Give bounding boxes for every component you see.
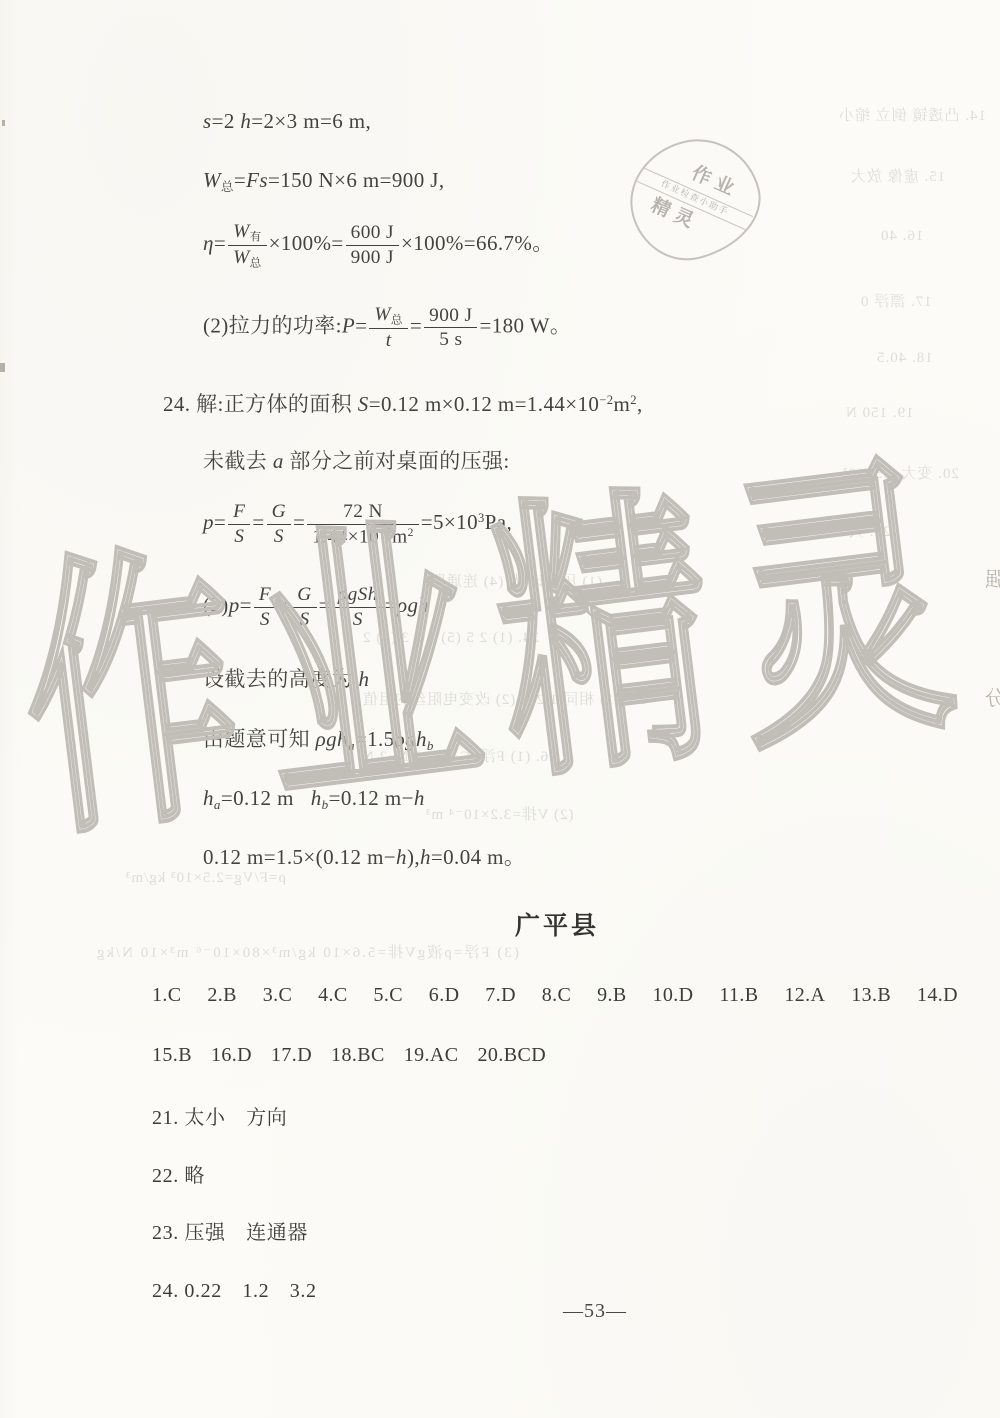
answer-item: 13.B xyxy=(851,984,891,1007)
formula-segment: =180 W。 xyxy=(479,313,571,337)
fraction: W总t xyxy=(369,304,407,351)
fraction: 600 J900 J xyxy=(346,222,399,268)
answers-row-1: 1.C2.B3.C4.C5.C6.D7.D8.C9.B10.D11.B12.A1… xyxy=(152,984,958,1007)
formula-segment: b xyxy=(427,738,434,753)
solution-line: s=2 h=2×3 m=6 m, xyxy=(203,108,371,134)
formula-segment: s xyxy=(203,109,212,133)
formula-segment: p xyxy=(203,510,214,534)
bleedthrough-text: (3) F浮=ρ液gV排=5.6×10 kg/m³×80×10⁻⁶ m³×10 … xyxy=(95,941,519,962)
bleedthrough-edge-fragment: 强 xyxy=(984,563,1000,592)
bleedthrough-text: 17. 漂浮 0 xyxy=(860,290,932,311)
fraction: GS xyxy=(267,501,291,547)
formula-segment: 600 J xyxy=(351,222,394,243)
formula-segment: = xyxy=(293,510,305,534)
scan-edge-mark xyxy=(2,120,5,126)
formula-segment: ), xyxy=(407,845,420,869)
formula-segment: W xyxy=(233,221,250,242)
solution-line: η=W有W总×100%=600 J900 J×100%=66.7%。 xyxy=(203,221,554,269)
formula-segment: a xyxy=(348,738,355,753)
bleedthrough-text: (1) 压强计 大 (4) 连通器 xyxy=(430,570,602,591)
formula-segment: h xyxy=(358,667,369,691)
formula-segment: 900 J xyxy=(429,305,472,326)
bleedthrough-text: 25. (1) 相同 1.2 A (2) 改变电阻丝的阻值 xyxy=(362,688,646,709)
bleedthrough-edge-fragment: 分 xyxy=(984,682,1000,711)
formula-segment: m xyxy=(392,526,407,547)
bleedthrough-text: 20. 变大 2.5×10³ xyxy=(842,462,959,483)
answer-item: 5.C xyxy=(373,984,403,1007)
stamp-line-3: 精灵 xyxy=(647,193,703,237)
fraction-denominator: S xyxy=(333,608,383,631)
answer-item: 11.B xyxy=(719,984,758,1007)
formula-segment: ×100%= xyxy=(269,231,344,255)
formula-segment: 2 xyxy=(408,526,414,539)
formula-segment: ρgSh xyxy=(338,584,378,605)
fraction-denominator: 1.44×10−2m2 xyxy=(307,525,419,548)
formula-segment: ×100%=66.7%。 xyxy=(401,231,554,255)
formula-segment: =0.12 m×0.12 m=1.44×10 xyxy=(369,392,600,416)
solution-line: p=FS=GS=72 N1.44×10−2m2=5×103Pa, xyxy=(203,501,512,548)
answer-item: 2.B xyxy=(207,984,237,1007)
formula-segment: P xyxy=(342,313,355,337)
formula-segment: h xyxy=(414,786,425,810)
page-number: —53— xyxy=(563,1300,627,1323)
formula-segment: 有 xyxy=(250,231,262,244)
stamp-content: 作业 作业检查小助手 精灵 xyxy=(618,126,773,272)
fraction-denominator: S xyxy=(267,525,291,548)
answer-item: 1.C xyxy=(152,984,182,1007)
formula-segment: = xyxy=(319,593,331,617)
formula-segment: 1.44×10 xyxy=(312,526,379,547)
formula-segment: 5 s xyxy=(439,329,462,350)
formula-segment: η xyxy=(203,231,214,255)
fraction-numerator: 600 J xyxy=(346,222,399,246)
formula-segment: −2 xyxy=(379,526,392,539)
bleedthrough-text: 19. 150 N xyxy=(845,405,914,422)
formula-segment: a xyxy=(214,797,221,812)
formula-segment: p xyxy=(229,593,240,617)
formula-segment: ρgh xyxy=(316,727,348,751)
answer-item: 18.BC xyxy=(331,1044,385,1067)
fraction: GS xyxy=(292,584,316,630)
fraction-numerator: F xyxy=(228,501,250,525)
fraction-denominator: S xyxy=(254,608,276,631)
formula-segment: S xyxy=(234,526,244,547)
formula-segment: =0.04 m。 xyxy=(431,845,525,869)
formula-segment: S xyxy=(299,609,309,630)
solution-line-problem-24: 24. 解:正方体的面积 S=0.12 m×0.12 m=1.44×10−2m2… xyxy=(163,391,643,417)
formula-segment: = xyxy=(234,168,246,192)
formula-segment: 2 xyxy=(630,393,637,407)
answer-item: 20.BCD xyxy=(478,1044,547,1067)
formula-segment: h xyxy=(420,845,431,869)
formula-segment: 3 xyxy=(478,511,485,525)
formula-segment: S xyxy=(353,609,363,630)
formula-segment: 24. 解:正方体的面积 xyxy=(163,392,358,416)
solution-line: 未截去 a 部分之前对桌面的压强: xyxy=(203,448,510,474)
answer-line-23: 23. 压强 连通器 xyxy=(152,1216,308,1245)
formula-segment: (2)拉力的功率: xyxy=(203,313,342,337)
formula-segment: F xyxy=(233,501,245,522)
formula-segment: h xyxy=(311,786,322,810)
answer-item: 6.D xyxy=(429,984,460,1007)
answer-item: 12.A xyxy=(784,984,825,1007)
fraction-denominator: S xyxy=(292,608,316,631)
formula-segment: =0.12 m xyxy=(221,786,311,810)
bleedthrough-text: ρ=F/Vg=2.5×10³ kg/m³ xyxy=(125,870,286,887)
solution-line: ha=0.12 m hb=0.12 m−h xyxy=(203,785,425,813)
formula-segment: =150 N×6 m=900 J, xyxy=(268,168,445,192)
formula-segment: 总 xyxy=(391,314,403,327)
formula-segment: 设截去的高度为 xyxy=(203,667,358,691)
formula-segment: Fs xyxy=(246,168,268,192)
formula-segment: 900 J xyxy=(351,247,394,268)
bleedthrough-text: (2) V排=3.2×10⁻⁴ m³ xyxy=(425,803,574,824)
fraction-denominator: W总 xyxy=(228,246,266,270)
formula-segment: (2) xyxy=(203,593,229,617)
formula-segment: h xyxy=(240,109,251,133)
answer-item: 17.D xyxy=(271,1044,312,1067)
formula-segment: h xyxy=(396,845,407,869)
scan-edge-mark xyxy=(0,363,5,372)
formula-segment: W xyxy=(374,304,391,325)
formula-segment: 72 N xyxy=(343,501,383,522)
formula-segment: = xyxy=(410,313,422,337)
answer-item: 7.D xyxy=(485,984,516,1007)
formula-segment: = xyxy=(355,313,367,337)
formula-segment: =0.12 m− xyxy=(329,786,414,810)
formula-segment: = xyxy=(278,593,290,617)
formula-segment: 总 xyxy=(221,180,234,194)
formula-segment: t xyxy=(386,330,392,351)
formula-segment: F xyxy=(259,584,271,605)
solution-line: (2)拉力的功率:P=W总t=900 J5 s=180 W。 xyxy=(203,304,571,351)
fraction-denominator: t xyxy=(369,329,407,352)
formula-segment: h xyxy=(203,786,214,810)
fraction-denominator: 5 s xyxy=(424,328,477,351)
formula-segment: =5×10 xyxy=(421,510,478,534)
solution-line: W总=Fs=150 N×6 m=900 J, xyxy=(203,167,444,196)
formula-segment: =1.5 xyxy=(355,727,395,751)
formula-segment: G xyxy=(272,501,286,522)
fraction-numerator: W总 xyxy=(369,304,407,329)
formula-segment: ρgh xyxy=(397,593,429,617)
formula-segment: G xyxy=(297,584,311,605)
solution-line: 设截去的高度为 h xyxy=(203,666,369,692)
formula-segment: a xyxy=(273,449,284,473)
formula-segment: W xyxy=(233,247,250,268)
formula-segment: = xyxy=(214,231,226,255)
answer-item: 8.C xyxy=(542,984,572,1007)
fraction: W有W总 xyxy=(228,221,266,269)
fraction: FS xyxy=(254,584,276,630)
bleedthrough-text: 14. 凸透镜 倒立 缩小 xyxy=(838,104,986,125)
formula-segment: = xyxy=(240,593,252,617)
fraction-numerator: W有 xyxy=(228,221,266,246)
formula-segment: =2×3 m=6 m, xyxy=(251,109,371,133)
formula-segment: = xyxy=(252,510,264,534)
solution-line: (2)p=FS=GS=ρgShS=ρgh xyxy=(203,584,429,630)
stamp-divider xyxy=(637,181,747,231)
fraction-denominator: S xyxy=(228,525,250,548)
formula-segment: W xyxy=(203,168,221,192)
formula-segment: b xyxy=(322,797,329,812)
fraction: 72 N1.44×10−2m2 xyxy=(307,501,419,548)
bleedthrough-text: 24. (1) 2 5 (5) 1 2 3 (4) 2 xyxy=(362,630,539,647)
answer-line-22: 22. 略 xyxy=(152,1159,205,1188)
formula-segment: −2 xyxy=(599,393,613,407)
fraction-numerator: G xyxy=(267,501,291,525)
stamp-outline: 作业 作业检查小助手 精灵 xyxy=(618,126,773,272)
answer-item: 10.D xyxy=(652,984,693,1007)
formula-segment: S xyxy=(260,609,270,630)
formula-segment: 未截去 xyxy=(203,449,273,473)
answer-item: 16.D xyxy=(211,1044,252,1067)
formula-segment: 总 xyxy=(250,256,262,269)
answer-item: 3.C xyxy=(263,984,293,1007)
fraction-numerator: G xyxy=(292,584,316,608)
stamp-divider xyxy=(643,167,753,217)
formula-segment: = xyxy=(385,593,397,617)
formula-segment: = xyxy=(214,510,226,534)
answer-item: 15.B xyxy=(152,1044,192,1067)
formula-segment: Pa, xyxy=(485,510,512,534)
stamp-line-2: 作业检查小助手 xyxy=(660,180,731,219)
scanned-answer-page: 14. 凸透镜 倒立 缩小 15. 虚像 放大 16. 40 17. 漂浮 0 … xyxy=(0,0,1000,1418)
answer-item: 4.C xyxy=(318,984,348,1007)
answers-row-2: 15.B16.D17.D18.BC19.AC20.BCD xyxy=(152,1044,546,1067)
formula-segment: 部分之前对桌面的压强: xyxy=(284,449,510,473)
fraction-numerator: ρgSh xyxy=(333,584,383,608)
formula-segment: S xyxy=(358,392,369,416)
fraction-numerator: F xyxy=(254,584,276,608)
formula-segment: , xyxy=(637,392,643,416)
homework-sprite-stamp: 作业 作业检查小助手 精灵 xyxy=(630,140,756,254)
bleedthrough-text: 16. 40 xyxy=(880,228,924,245)
answer-item: 9.B xyxy=(597,984,627,1007)
bleedthrough-text: 21. 大 xyxy=(848,520,891,541)
fraction: FS xyxy=(228,501,250,547)
formula-segment: =2 xyxy=(212,109,241,133)
formula-segment: m xyxy=(614,392,631,416)
fraction: 900 J5 s xyxy=(424,305,477,351)
answer-line-24: 24. 0.22 1.2 3.2 xyxy=(152,1274,317,1303)
answer-line-21: 21. 太小 方向 xyxy=(152,1101,287,1130)
answer-item: 19.AC xyxy=(404,1044,459,1067)
section-title: 广平县 xyxy=(152,906,962,942)
solution-line: 由题意可知 ρgha=1.5ρghb xyxy=(203,726,434,754)
formula-segment: ρgh xyxy=(395,727,427,751)
stamp-line-1: 作业 xyxy=(687,161,743,205)
bleedthrough-text: 15. 虚像 放大 xyxy=(850,165,945,186)
formula-segment: 0.12 m=1.5×(0.12 m− xyxy=(203,845,396,869)
fraction-numerator: 72 N xyxy=(307,501,419,525)
bleedthrough-text: 18. 40.5 xyxy=(876,350,933,367)
formula-segment: 由题意可知 xyxy=(203,727,316,751)
fraction: ρgShS xyxy=(333,584,383,630)
fraction-numerator: 900 J xyxy=(424,305,477,329)
solution-line: 0.12 m=1.5×(0.12 m−h),h=0.04 m。 xyxy=(203,844,525,870)
answer-item: 14.D xyxy=(917,984,958,1007)
fraction-denominator: 900 J xyxy=(346,246,399,269)
formula-segment: S xyxy=(274,526,284,547)
